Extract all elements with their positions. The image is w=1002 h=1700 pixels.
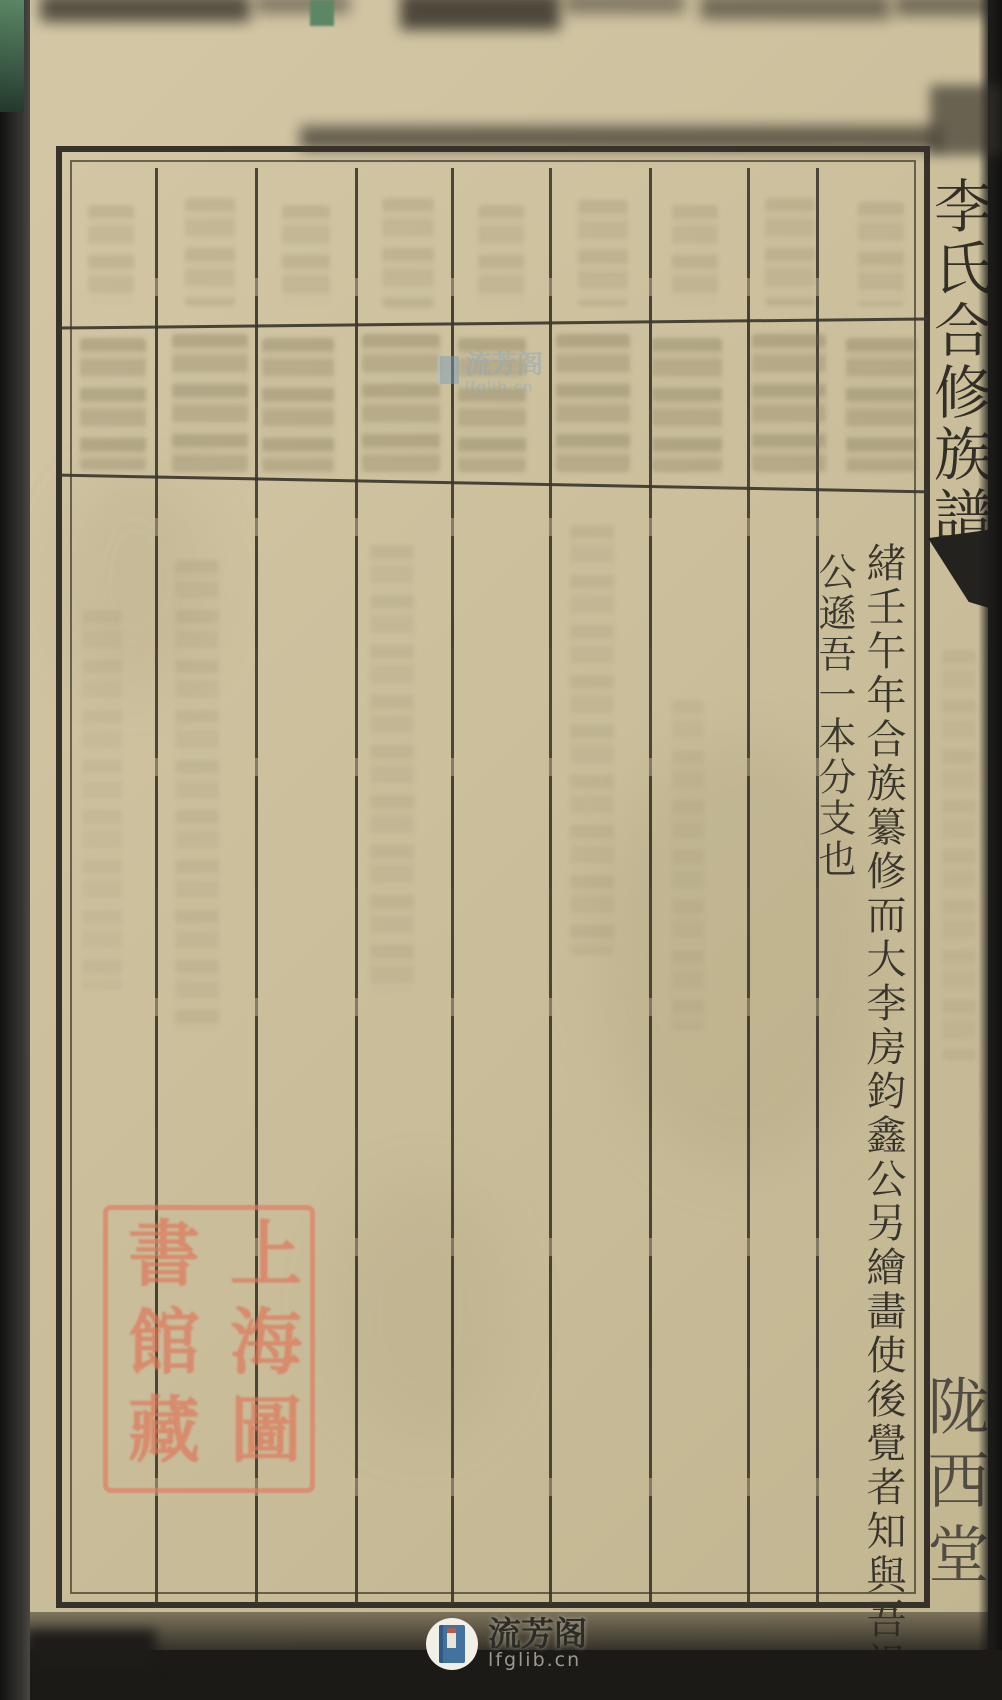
ghost-text bbox=[672, 700, 704, 1030]
watermark-url: lfglib.cn bbox=[465, 378, 543, 396]
edge-smudge bbox=[40, 0, 250, 22]
ghost-text bbox=[846, 338, 916, 472]
ghost-text bbox=[578, 200, 628, 306]
edge-smudge bbox=[700, 0, 890, 20]
ghost-text bbox=[88, 205, 134, 305]
ghost-text bbox=[80, 338, 146, 470]
column-line bbox=[355, 168, 358, 1604]
corner-shadow bbox=[26, 1630, 156, 1670]
book-gutter-edge bbox=[0, 0, 30, 1700]
ghost-text bbox=[942, 650, 976, 1060]
ghost-text bbox=[858, 202, 904, 306]
page-edge-shadow bbox=[978, 0, 1002, 1700]
book-icon bbox=[439, 1625, 465, 1663]
ghost-text bbox=[362, 334, 440, 472]
ghost-text bbox=[382, 198, 434, 308]
seal-text-left: 書館藏 bbox=[114, 1216, 210, 1484]
edge-smudge bbox=[565, 0, 685, 14]
ghost-text bbox=[478, 205, 524, 305]
ghost-text bbox=[282, 205, 330, 305]
ghost-text bbox=[752, 334, 826, 472]
ghost-text bbox=[672, 205, 718, 305]
library-seal: 上海圖 書館藏 bbox=[103, 1205, 315, 1493]
ghost-text bbox=[652, 338, 722, 472]
watermark-circle bbox=[426, 1618, 478, 1670]
ghost-text bbox=[175, 560, 219, 1030]
edge-smudge bbox=[255, 0, 350, 14]
watermark-url: lfglib.cn bbox=[488, 1651, 587, 1671]
ghost-text bbox=[765, 198, 815, 306]
green-binding-mark bbox=[310, 0, 334, 26]
ghost-text bbox=[82, 610, 122, 990]
book-icon bbox=[437, 356, 459, 384]
column-line bbox=[747, 168, 750, 1604]
ghost-text bbox=[370, 545, 414, 995]
watermark-badge: 流芳阁 lfglib.cn bbox=[426, 1612, 646, 1676]
ghost-text bbox=[570, 525, 614, 955]
edge-smudge bbox=[400, 0, 560, 30]
green-binding-edge bbox=[0, 0, 24, 112]
scanned-genealogy-page: 緒壬午年合族纂修而大李房鈞鑫公另繪畵使後覺者知與吾祖遜忠 公遜吾一本分支也 李氏… bbox=[0, 0, 1002, 1700]
handwriting-column-left: 公遜吾一本分支也 bbox=[812, 552, 862, 892]
watermark-name: 流芳阁 bbox=[488, 1617, 587, 1652]
ghost-text bbox=[262, 338, 334, 472]
seal-text-right: 上海圖 bbox=[216, 1216, 312, 1484]
ghost-text bbox=[172, 334, 248, 472]
corner-smudge bbox=[930, 85, 1002, 155]
handwriting-column-right: 緒壬午年合族纂修而大李房鈞鑫公另繪畵使後覺者知與吾祖遜忠 bbox=[856, 542, 912, 1617]
watermark-name: 流芳阁 bbox=[465, 352, 543, 378]
ghost-text bbox=[185, 198, 235, 306]
watermark-faint: 流芳阁 lfglib.cn bbox=[437, 352, 577, 414]
